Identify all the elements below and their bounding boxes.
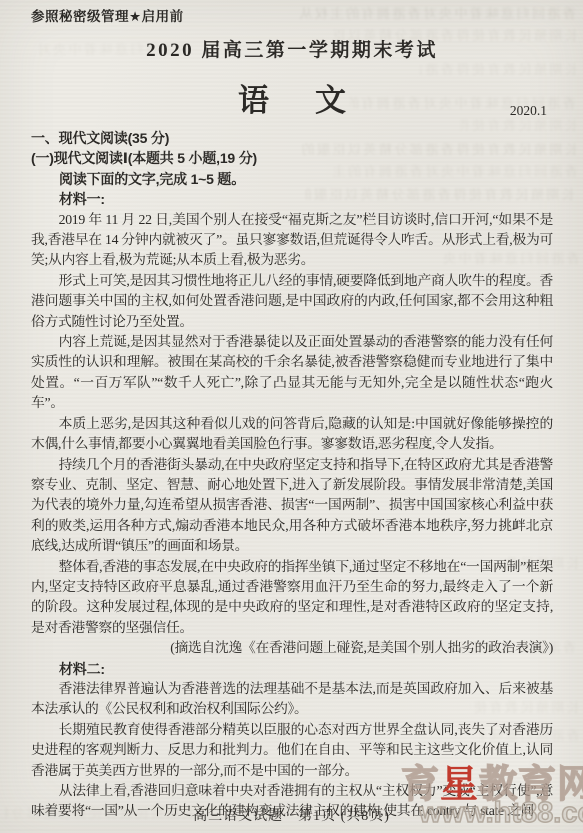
page-content: 参照秘密级管理★启用前 2020 届高三第一学期期末考试 语文 2020.1 一… xyxy=(0,0,583,833)
material-two-paragraph: 长期殖民教育使得香港部分精英以臣服的心态对西方世界全盘认同,丧失了对香港历史进程… xyxy=(31,720,553,781)
exam-title: 2020 届高三第一学期期末考试 xyxy=(31,39,553,63)
confidential-notice: 参照秘密级管理★启用前 xyxy=(31,8,553,26)
section-heading: 一、现代文阅读(35 分) xyxy=(31,128,553,148)
scanned-exam-page: 香港回归意味着中央对香港拥有的主权从主权权力变成主权行使意味着要将一国从一个历史… xyxy=(0,0,583,833)
material-one-paragraph: 内容上荒诞,是因其显然对于香港暴徒以及正面处置暴动的香港警察的能力没有任何实质性… xyxy=(31,332,553,414)
subject-title-row: 语文 2020.1 xyxy=(31,76,553,121)
material-one-label: 材料一: xyxy=(31,189,553,209)
exam-date: 2020.1 xyxy=(510,103,547,119)
material-one-paragraph: 持续几个月的香港街头暴动,在中央政府坚定支持和指导下,在特区政府尤其是香港警察专… xyxy=(31,455,553,557)
material-one-paragraph: 2019 年 11 月 22 日,美国个别人在接受“福克斯之友”栏目访谈时,信口… xyxy=(31,210,553,271)
material-two-paragraph: 香港法律界普遍认为香港普选的法理基础不是基本法,而是英国政府加入、后来被基本法承… xyxy=(31,679,553,720)
reading-instruction: 阅读下面的文字,完成 1~5 题。 xyxy=(31,169,553,189)
section-subheading: (一)现代文阅读Ⅰ(本题共 5 小题,19 分) xyxy=(31,148,553,168)
page-footer: 高三语文试题 第1页 (共8页) xyxy=(0,805,583,825)
material-one-citation: (摘选自沈逸《在香港问题上碰瓷,是美国个别人拙劣的政治表演》) xyxy=(31,638,553,658)
subject-title: 语文 xyxy=(31,81,553,121)
material-one-paragraph: 整体看,香港的事态发展,在中央政府的指挥坐镇下,通过坚定不移地在“一国两制”框架… xyxy=(31,557,553,639)
subject-char-1: 语 xyxy=(238,83,269,118)
subject-char-2: 文 xyxy=(315,83,346,118)
material-one-paragraph: 本质上恶劣,是因其这种看似儿戏的问答背后,隐藏的认知是:中国就好像能够操控的木偶… xyxy=(31,414,553,455)
material-two-label: 材料二: xyxy=(31,659,553,679)
material-one-paragraph: 形式上可笑,是因其习惯性地将正儿八经的事情,硬要降低到地产商人吹牛的程度。香港问… xyxy=(31,271,553,332)
